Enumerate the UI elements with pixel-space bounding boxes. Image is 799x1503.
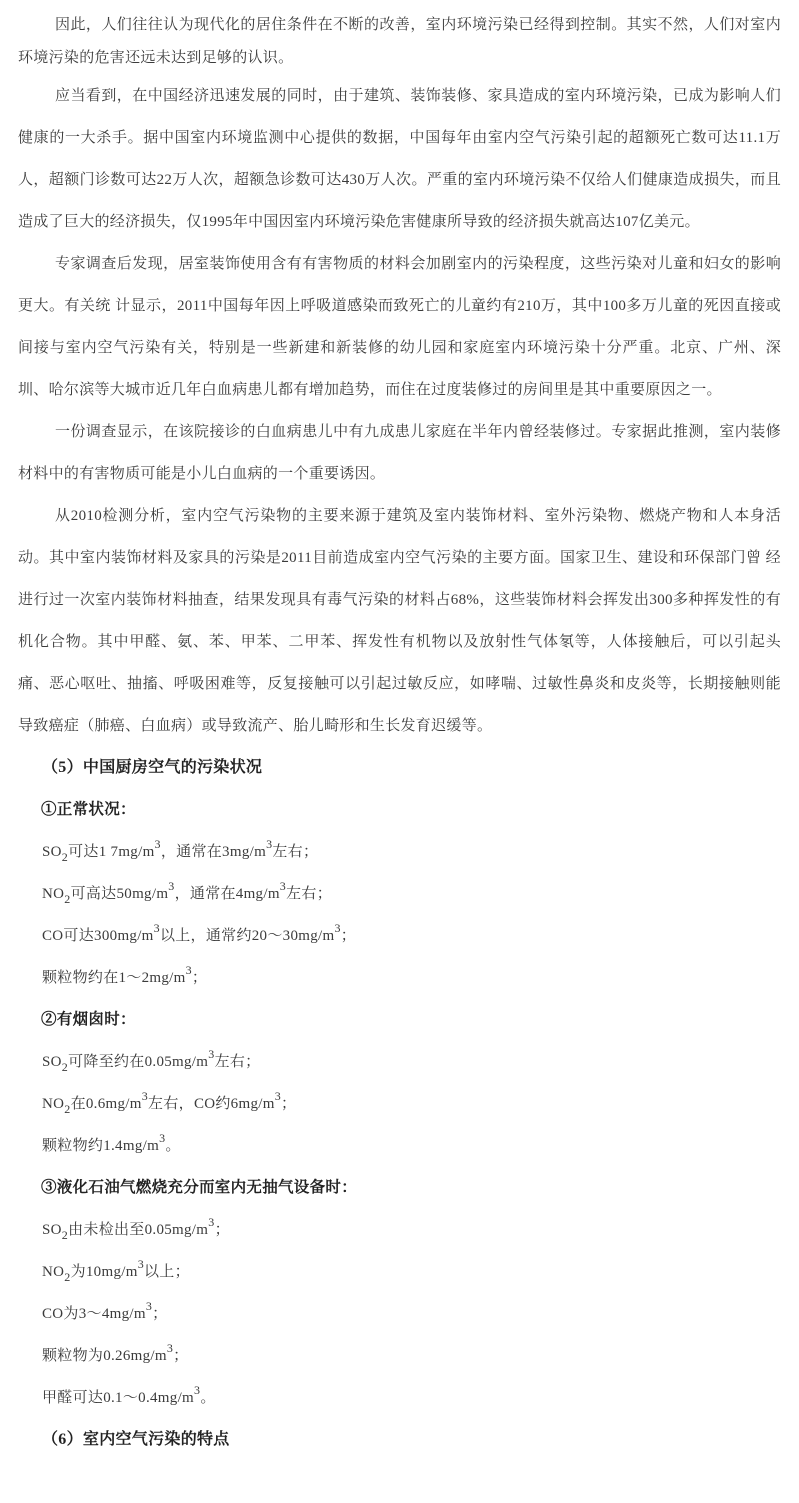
data-line: SO2可降至约在0.05mg/m3左右； — [42, 1041, 781, 1083]
paragraph: 应当看到，在中国经济迅速发展的同时，由于建筑、装饰装修、家具造成的室内环境污染，… — [18, 75, 781, 243]
data-line: NO2在0.6mg/m3左右，CO约6mg/m3； — [42, 1083, 781, 1125]
data-line: CO为3～4mg/m3； — [42, 1293, 781, 1335]
sub-heading: ②有烟囱时： — [41, 999, 781, 1041]
data-line: 甲醛可达0.1～0.4mg/m3。 — [42, 1377, 781, 1419]
section-heading: （6）室内空气污染的特点 — [42, 1419, 781, 1461]
data-line: NO2可高达50mg/m3，通常在4mg/m3左右； — [42, 873, 781, 915]
data-line: 颗粒物为0.26mg/m3； — [42, 1335, 781, 1377]
sub-heading: ③液化石油气燃烧充分而室内无抽气设备时： — [41, 1167, 781, 1209]
paragraph: 专家调查后发现，居室装饰使用含有有害物质的材料会加剧室内的污染程度，这些污染对儿… — [18, 243, 781, 411]
document-page: 因此，人们往往认为现代化的居住条件在不断的改善，室内环境污染已经得到控制。其实不… — [0, 0, 799, 1503]
data-line: 颗粒物约1.4mg/m3。 — [42, 1125, 781, 1167]
data-line: 颗粒物约在1～2mg/m3； — [42, 957, 781, 999]
paragraph: 从2010检测分析，室内空气污染物的主要来源于建筑及室内装饰材料、室外污染物、燃… — [18, 495, 781, 747]
section-heading: （5）中国厨房空气的污染状况 — [42, 747, 781, 789]
data-line: NO2为10mg/m3以上； — [42, 1251, 781, 1293]
paragraph: 因此，人们往往认为现代化的居住条件在不断的改善，室内环境污染已经得到控制。其实不… — [18, 9, 781, 75]
data-line: SO2由未检出至0.05mg/m3； — [42, 1209, 781, 1251]
document-body: 因此，人们往往认为现代化的居住条件在不断的改善，室内环境污染已经得到控制。其实不… — [18, 9, 781, 1461]
data-line: CO可达300mg/m3以上，通常约20～30mg/m3； — [42, 915, 781, 957]
paragraph: 一份调查显示，在该院接诊的白血病患儿中有九成患儿家庭在半年内曾经装修过。专家据此… — [18, 411, 781, 495]
data-line: SO2可达1 7mg/m3，通常在3mg/m3左右； — [42, 831, 781, 873]
sub-heading: ①正常状况： — [41, 789, 781, 831]
